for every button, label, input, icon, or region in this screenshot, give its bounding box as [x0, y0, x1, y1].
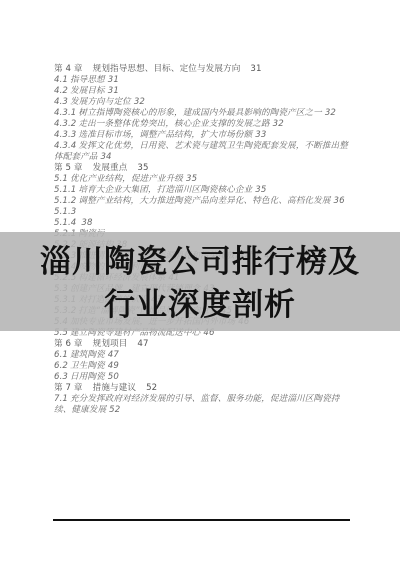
toc-section-entry[interactable]: 4.3.2走出一条整体优势突出，核心企业支撑的发展之路32 [54, 119, 350, 130]
toc-entry-page-number: 35 [137, 163, 148, 173]
toc-entry-page-number: 36 [334, 196, 345, 206]
toc-chapter-entry[interactable]: 第 5 章发展重点35 [54, 163, 350, 174]
toc-entry-number: 第 7 章 [54, 383, 83, 393]
toc-entry-page-number: 47 [108, 350, 119, 360]
toc-entry-number: 5.1.3 [54, 207, 76, 217]
toc-entry-number: 第 6 章 [54, 339, 83, 349]
toc-entry-number: 第 4 章 [54, 64, 83, 74]
toc-section-entry[interactable]: 4.3.4发挥文化优势，日用瓷、艺术瓷与建筑卫生陶瓷配套发展，不断推出整体配套产… [54, 141, 350, 163]
toc-section-entry[interactable]: 5.1.3 [54, 207, 350, 218]
toc-section-entry[interactable]: 6.3日用陶瓷50 [54, 372, 350, 383]
toc-section-entry[interactable]: 7.1充分发挥政府对经济发展的引导、监督、服务功能，促进淄川区陶瓷持续、健康发展… [54, 394, 350, 416]
toc-entry-title: 规划指导思想、目标、定位与发展方向 [93, 64, 241, 74]
toc-entry-title: 措施与建议 [93, 383, 136, 393]
toc-entry-number: 4.2 [54, 86, 68, 96]
toc-entry-title: 指导思想 [70, 75, 105, 85]
toc-section-entry[interactable]: 4.1指导思想31 [54, 75, 350, 86]
toc-section-entry[interactable]: 4.3发展方向与定位32 [54, 97, 350, 108]
toc-entry-page-number: 50 [108, 372, 119, 382]
toc-section-entry[interactable]: 6.2卫生陶瓷49 [54, 361, 350, 372]
toc-entry-page-number: 33 [255, 130, 266, 140]
toc-entry-number: 5.1.1 [54, 185, 76, 195]
toc-entry-title: 优化产业结构，促进产业升级 [70, 174, 183, 184]
toc-entry-page-number: 52 [146, 383, 157, 393]
toc-entry-number: 第 5 章 [54, 163, 83, 173]
toc-section-entry[interactable]: 4.3.3选准目标市场，调整产品结构，扩大市场份额33 [54, 130, 350, 141]
toc-entry-title: 规划项目 [93, 339, 128, 349]
toc-section-entry[interactable]: 6.1建筑陶瓷47 [54, 350, 350, 361]
toc-chapter-entry[interactable]: 第 7 章措施与建议52 [54, 383, 350, 394]
toc-entry-page-number: 49 [108, 361, 119, 371]
toc-entry-page-number: 32 [325, 108, 336, 118]
page-footer-rule [53, 519, 350, 521]
toc-entry-title: 发挥文化优势，日用瓷、艺术瓷与建筑卫生陶瓷配套发展，不断推出整体配套产品 [54, 141, 348, 162]
toc-entry-number: 6.2 [54, 361, 68, 371]
toc-entry-title: 树立指博陶瓷核心的形象，建成国内外最具影响的陶瓷产区之一 [78, 108, 321, 118]
toc-entry-title: 走出一条整体优势突出，核心企业支撑的发展之路 [78, 119, 269, 129]
toc-section-entry[interactable]: 5.1.2调整产业结构，大力推进陶瓷产品向差异化、特色化、高档化发展36 [54, 196, 350, 207]
toc-entry-title: 发展目标 [70, 86, 105, 96]
toc-entry-number: 4.3.3 [54, 130, 76, 140]
toc-entry-page-number: 35 [255, 185, 266, 195]
toc-chapter-entry[interactable]: 第 4 章规划指导思想、目标、定位与发展方向31 [54, 64, 350, 75]
toc-section-entry[interactable]: 4.3.1树立指博陶瓷核心的形象，建成国内外最具影响的陶瓷产区之一32 [54, 108, 350, 119]
toc-entry-number: 5.1.2 [54, 196, 76, 206]
toc-entry-page-number: 35 [186, 174, 197, 184]
toc-section-entry[interactable]: 5.1优化产业结构，促进产业升级35 [54, 174, 350, 185]
toc-entry-title: 发展重点 [93, 163, 128, 173]
toc-entry-page-number: 34 [100, 152, 111, 162]
toc-entry-title: 培育大企业大集团，打造淄川区陶瓷核心企业 [78, 185, 252, 195]
toc-entry-page-number: 52 [109, 405, 120, 415]
toc-entry-number: 7.1 [54, 394, 68, 404]
toc-entry-title: 调整产业结构，大力推进陶瓷产品向差异化、特色化、高档化发展 [78, 196, 330, 206]
toc-entry-title: 充分发挥政府对经济发展的引导、监督、服务功能，促进淄川区陶瓷持续、健康发展 [54, 394, 339, 415]
toc-entry-number: 5.1.4 [54, 218, 76, 228]
toc-entry-title: 日用陶瓷 [70, 372, 105, 382]
banner-title-line-2: 行业深度剖析 [0, 284, 400, 327]
toc-entry-page-number: 32 [134, 97, 145, 107]
toc-chapter-entry[interactable]: 第 6 章规划项目47 [54, 339, 350, 350]
banner-title-line-1: 淄川陶瓷公司排行榜及 [0, 241, 400, 284]
toc-entry-number: 4.3 [54, 97, 68, 107]
banner-title: 淄川陶瓷公司排行榜及 行业深度剖析 [0, 232, 400, 327]
toc-entry-title: 卫生陶瓷 [70, 361, 105, 371]
toc-entry-page-number: 32 [273, 119, 284, 129]
toc-entry-page-number: 31 [250, 64, 261, 74]
toc-entry-number: 5.1 [54, 174, 68, 184]
toc-entry-number: 6.3 [54, 372, 68, 382]
toc-entry-title: 发展方向与定位 [70, 97, 131, 107]
toc-entry-page-number: 31 [108, 86, 119, 96]
toc-entry-number: 6.1 [54, 350, 68, 360]
toc-entry-number: 4.3.4 [54, 141, 76, 151]
toc-entry-title: 选准目标市场，调整产品结构，扩大市场份额 [78, 130, 252, 140]
toc-section-entry[interactable]: 5.1.438 [54, 218, 350, 229]
toc-entry-page-number: 47 [137, 339, 148, 349]
toc-entry-number: 4.3.2 [54, 119, 76, 129]
toc-entry-title: 建筑陶瓷 [70, 350, 105, 360]
toc-section-entry[interactable]: 5.1.1培育大企业大集团，打造淄川区陶瓷核心企业35 [54, 185, 350, 196]
toc-entry-number: 4.1 [54, 75, 68, 85]
toc-section-entry[interactable]: 4.2发展目标31 [54, 86, 350, 97]
title-banner: 淄川陶瓷公司排行榜及 行业深度剖析 [0, 232, 400, 331]
toc-entry-number: 4.3.1 [54, 108, 76, 118]
toc-entry-page-number: 38 [81, 218, 92, 228]
toc-entry-page-number: 31 [108, 75, 119, 85]
